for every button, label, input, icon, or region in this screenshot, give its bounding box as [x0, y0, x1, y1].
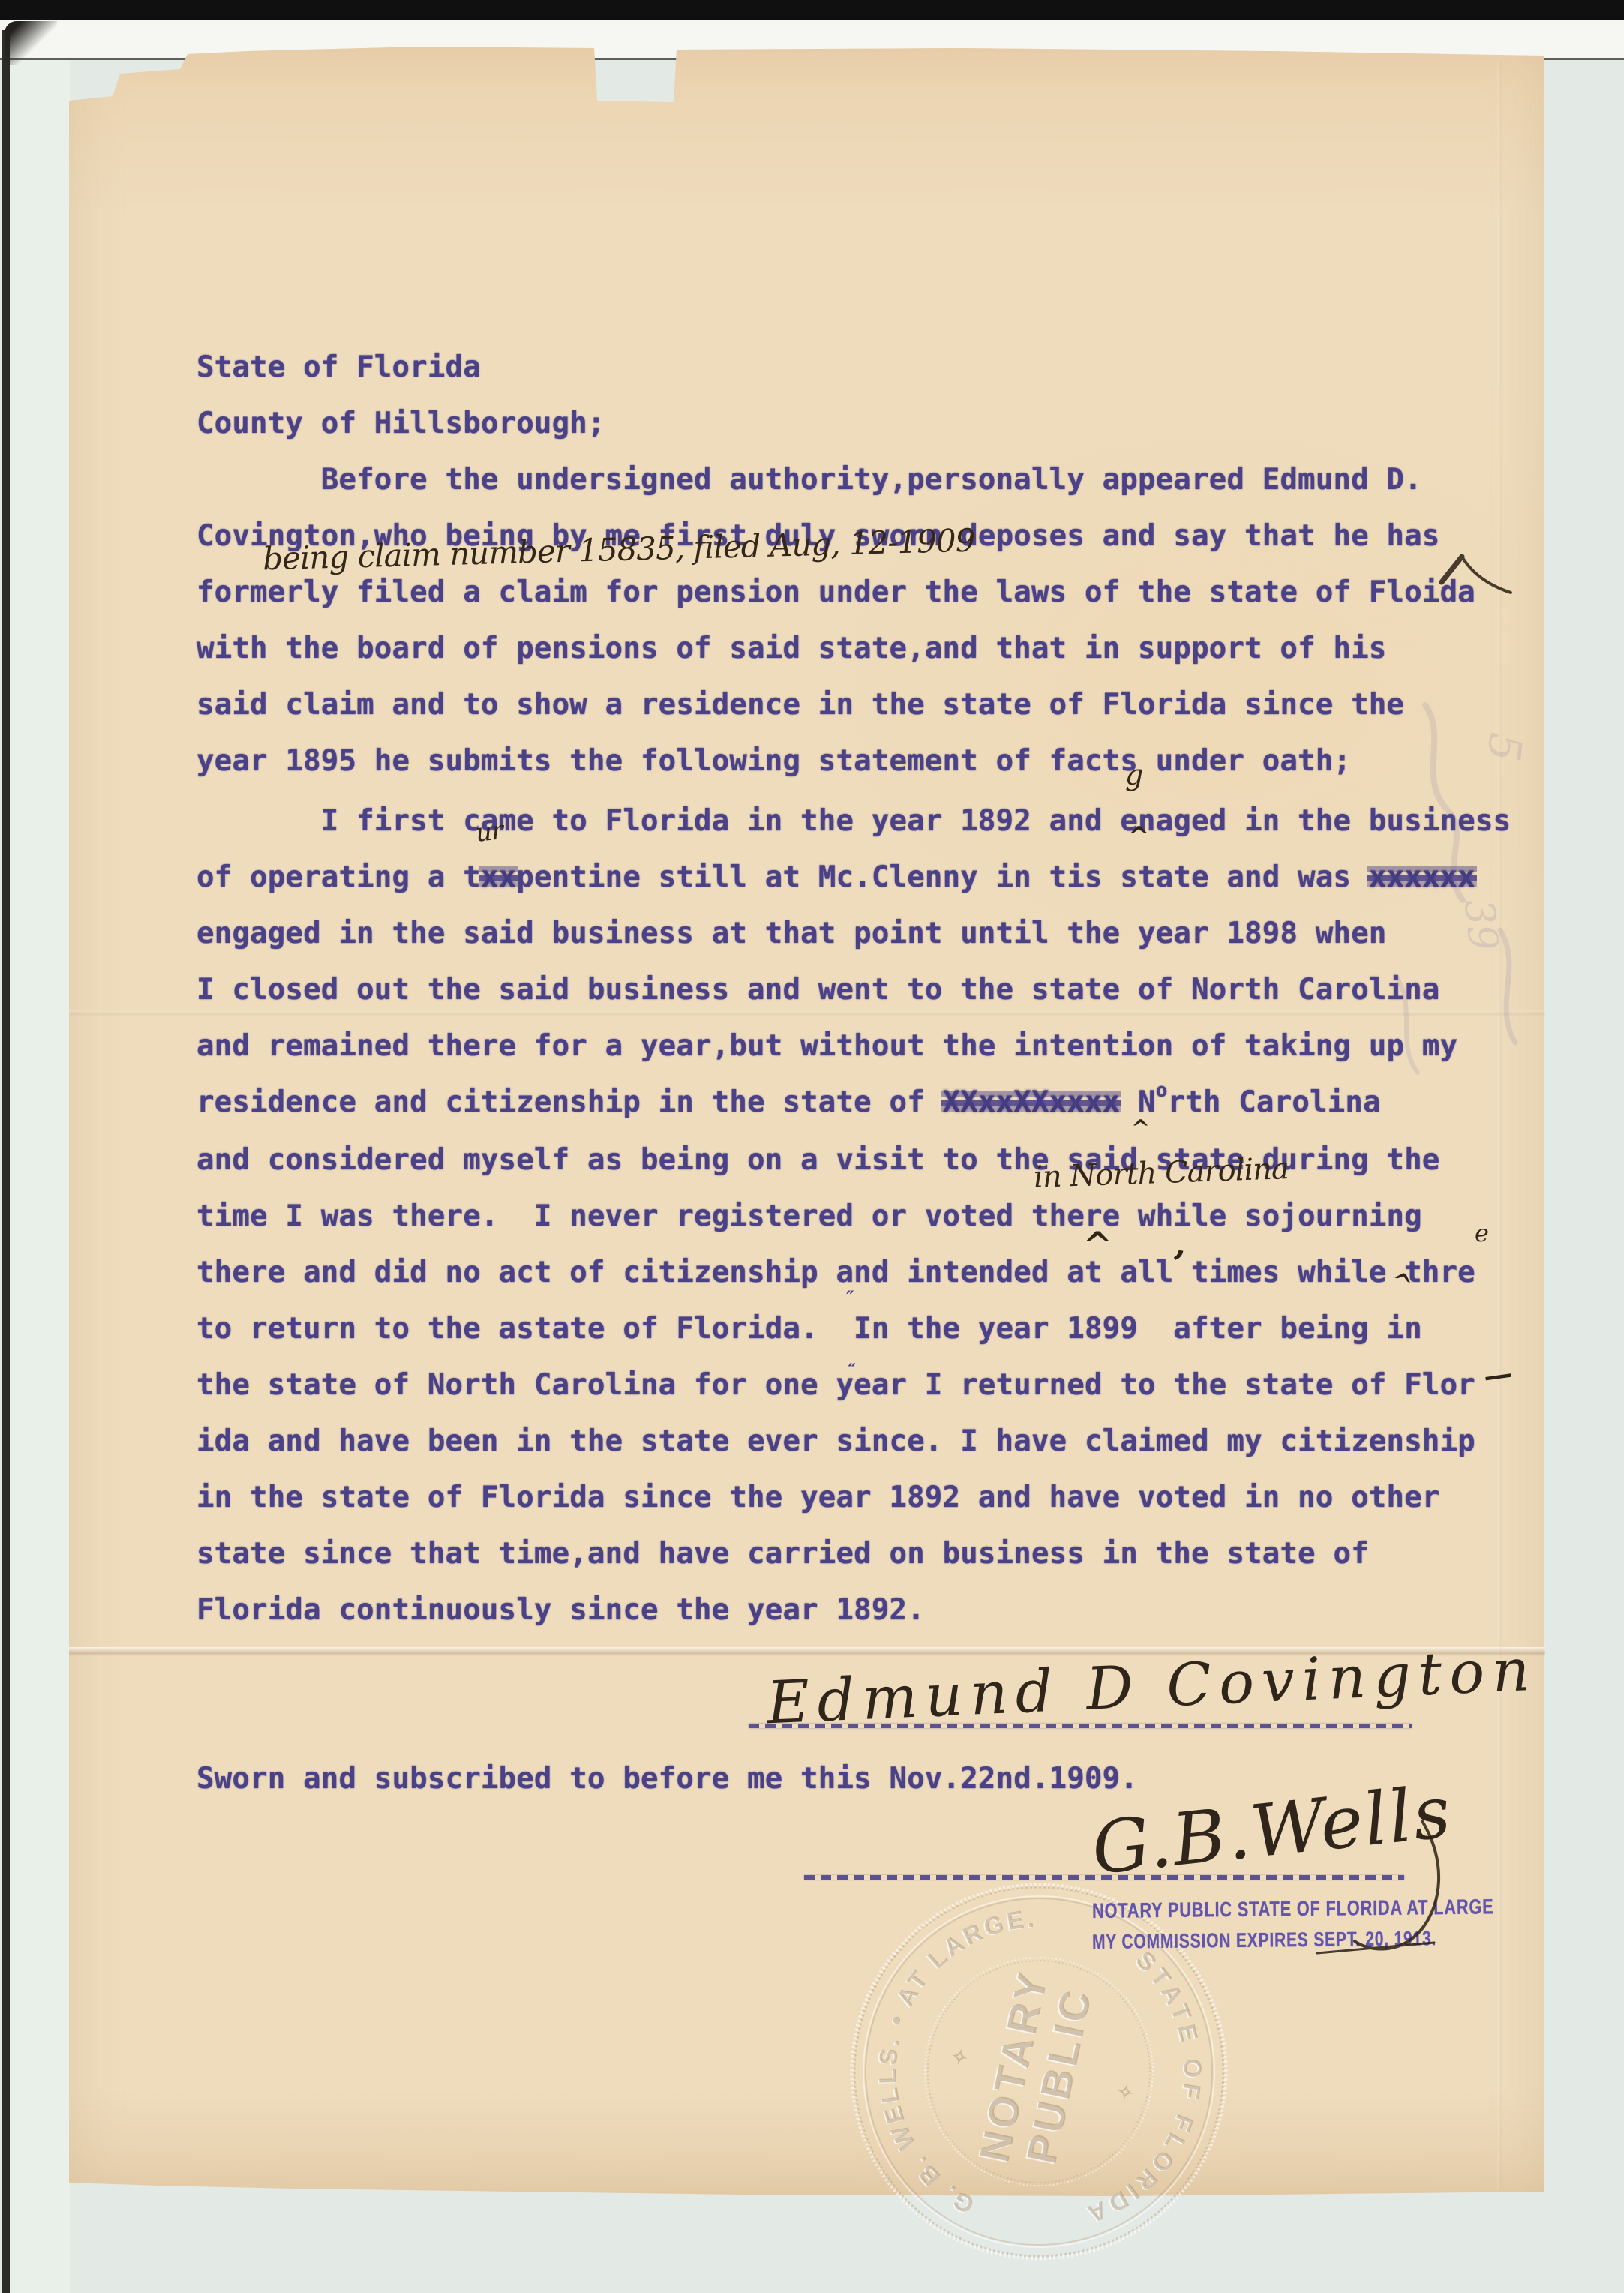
typed-line: and remained there for a year,but withou…: [197, 1031, 1457, 1061]
handwritten-annotation: ^: [1083, 1227, 1112, 1262]
handwritten-annotation: ur: [474, 818, 504, 846]
typed-line: in the state of Florida since the year 1…: [197, 1483, 1440, 1512]
typed-line: formerly filed a claim for pension under…: [197, 578, 1475, 607]
typed-line: I first came to Florida in the year 1892…: [197, 806, 1511, 836]
scanner-top-edge: [0, 0, 1624, 20]
handwritten-annotation: in North Carolina: [1033, 1154, 1289, 1193]
handwritten-annotation: ″: [845, 1289, 855, 1307]
typed-line: there and did no act of citizenship and …: [197, 1258, 1475, 1287]
typed-line: of operating a txxpentine still at Mc.Cl…: [197, 863, 1475, 892]
typed-line: ida and have been in the state ever sinc…: [197, 1427, 1475, 1456]
typed-line: year 1895 he submits the following state…: [197, 746, 1351, 776]
typed-line: time I was there. I never registered or …: [197, 1202, 1422, 1231]
handwritten-annotation: ^: [1128, 824, 1150, 849]
typed-line: engaged in the said business at that poi…: [197, 919, 1387, 948]
handwritten-annotation: 5: [1480, 731, 1528, 764]
typed-line: State of Florida: [197, 353, 481, 382]
typed-line: Before the undersigned authority,persona…: [197, 465, 1422, 494]
typed-line: County of Hillsborough;: [197, 409, 605, 438]
scanned-document-page: G. B. WELLS. • AT LARGE. G. B. WELLS. • …: [0, 0, 1624, 2293]
handwritten-annotation: ″: [846, 1350, 857, 1368]
typed-line: to return to the astate of Florida. In t…: [197, 1314, 1422, 1343]
handwritten-annotation: ^: [1131, 1118, 1150, 1140]
deponent-signature-line: [749, 1724, 1412, 1728]
typed-line: residence and citizenship in the state o…: [197, 1088, 1381, 1117]
handwritten-annotation: 39: [1458, 897, 1504, 953]
handwritten-annotation: g: [1125, 761, 1142, 789]
typed-line: state since that time,and have carried o…: [197, 1539, 1369, 1568]
typed-line: I closed out the said business and went …: [197, 975, 1440, 1004]
handwritten-annotation: —: [1482, 1359, 1514, 1391]
handwritten-annotation: e: [1475, 1221, 1488, 1245]
typed-line: Sworn and subscribed to before me this N…: [197, 1764, 1138, 1793]
typed-line: said claim and to show a residence in th…: [197, 690, 1404, 719]
typed-line: Florida continuously since the year 1892…: [197, 1595, 925, 1625]
typed-line: the state of North Carolina for one year…: [197, 1370, 1475, 1400]
scanner-left-margin: [10, 60, 70, 2293]
notary-signature-line: [804, 1875, 1404, 1880]
notary-stamp-line2: MY COMMISSION EXPIRES SEPT. 20, 1913.: [1092, 1927, 1436, 1954]
typed-line: with the board of pensions of said state…: [197, 634, 1387, 663]
notary-stamp-line1: NOTARY PUBLIC STATE OF FLORIDA AT LARGE: [1092, 1895, 1494, 1923]
scanner-left-edge: [2, 30, 10, 2293]
scanner-corner-shadow: [5, 21, 57, 65]
